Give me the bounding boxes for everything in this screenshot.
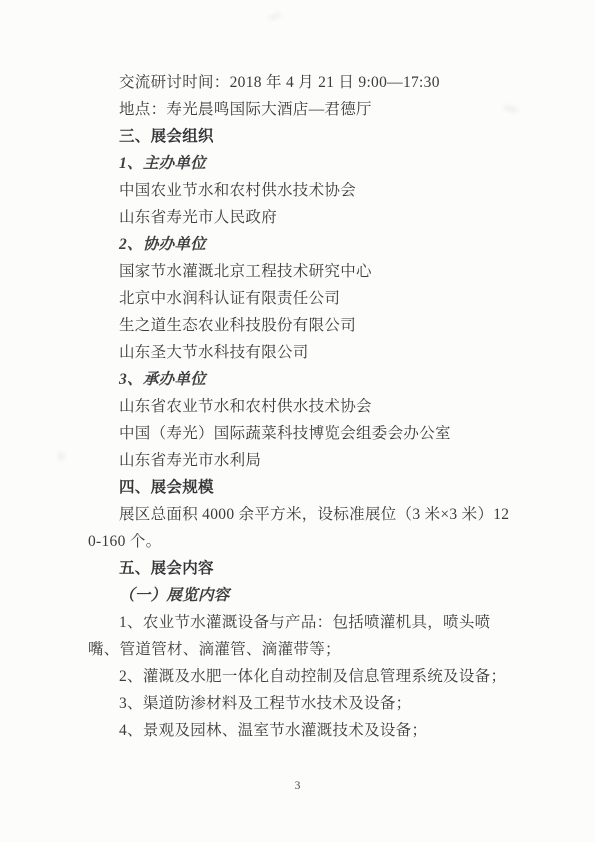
line-co-organizer-4: 山东圣大节水科技有限公司 (88, 339, 512, 366)
subheading-undertaking-units: 3、承办单位 (88, 366, 512, 393)
line-undertaker-2: 中国（寿光）国际蔬菜科技博览会组委会办公室 (88, 420, 512, 447)
subheading-co-organizers: 2、协办单位 (88, 231, 512, 258)
heading-section-5-content: 五、展会内容 (88, 555, 512, 582)
line-content-item-2: 2、灌溉及水肥一体化自动控制及信息管理系统及设备； (88, 663, 512, 690)
line-host-unit-2: 山东省寿光市人民政府 (88, 204, 512, 231)
heading-section-4-scale: 四、展会规模 (88, 474, 512, 501)
line-venue: 地点：寿光晨鸣国际大酒店—君德厅 (88, 96, 512, 123)
line-exhibition-scale: 展区总面积 4000 余平方米，设标准展位（3 米×3 米）120-160 个。 (88, 501, 512, 555)
heading-section-3-organization: 三、展会组织 (88, 123, 512, 150)
line-undertaker-3: 山东省寿光市水利局 (88, 447, 512, 474)
line-co-organizer-2: 北京中水润科认证有限责任公司 (88, 285, 512, 312)
line-exchange-time: 交流研讨时间：2018 年 4 月 21 日 9:00—17:30 (88, 69, 512, 96)
scan-artifact (57, 452, 65, 460)
subheading-exhibition-content: （一）展览内容 (88, 582, 512, 609)
scanned-document-page: 交流研讨时间：2018 年 4 月 21 日 9:00—17:30 地点：寿光晨… (0, 0, 595, 842)
line-co-organizer-3: 生之道生态农业科技股份有限公司 (88, 312, 512, 339)
line-host-unit-1: 中国农业节水和农村供水技术协会 (88, 177, 512, 204)
page-number: 3 (0, 779, 595, 793)
line-co-organizer-1: 国家节水灌溉北京工程技术研究中心 (88, 258, 512, 285)
document-body: 交流研讨时间：2018 年 4 月 21 日 9:00—17:30 地点：寿光晨… (88, 69, 512, 744)
line-content-item-3: 3、渠道防渗材料及工程节水技术及设备； (88, 690, 512, 717)
line-content-item-4: 4、景观及园林、温室节水灌溉技术及设备； (88, 717, 512, 744)
scan-artifact (268, 12, 283, 21)
line-undertaker-1: 山东省农业节水和农村供水技术协会 (88, 393, 512, 420)
subheading-host-units: 1、主办单位 (88, 150, 512, 177)
line-content-item-1: 1、农业节水灌溉设备与产品：包括喷灌机具，喷头喷嘴、管道管材、滴灌管、滴灌带等； (88, 609, 512, 663)
